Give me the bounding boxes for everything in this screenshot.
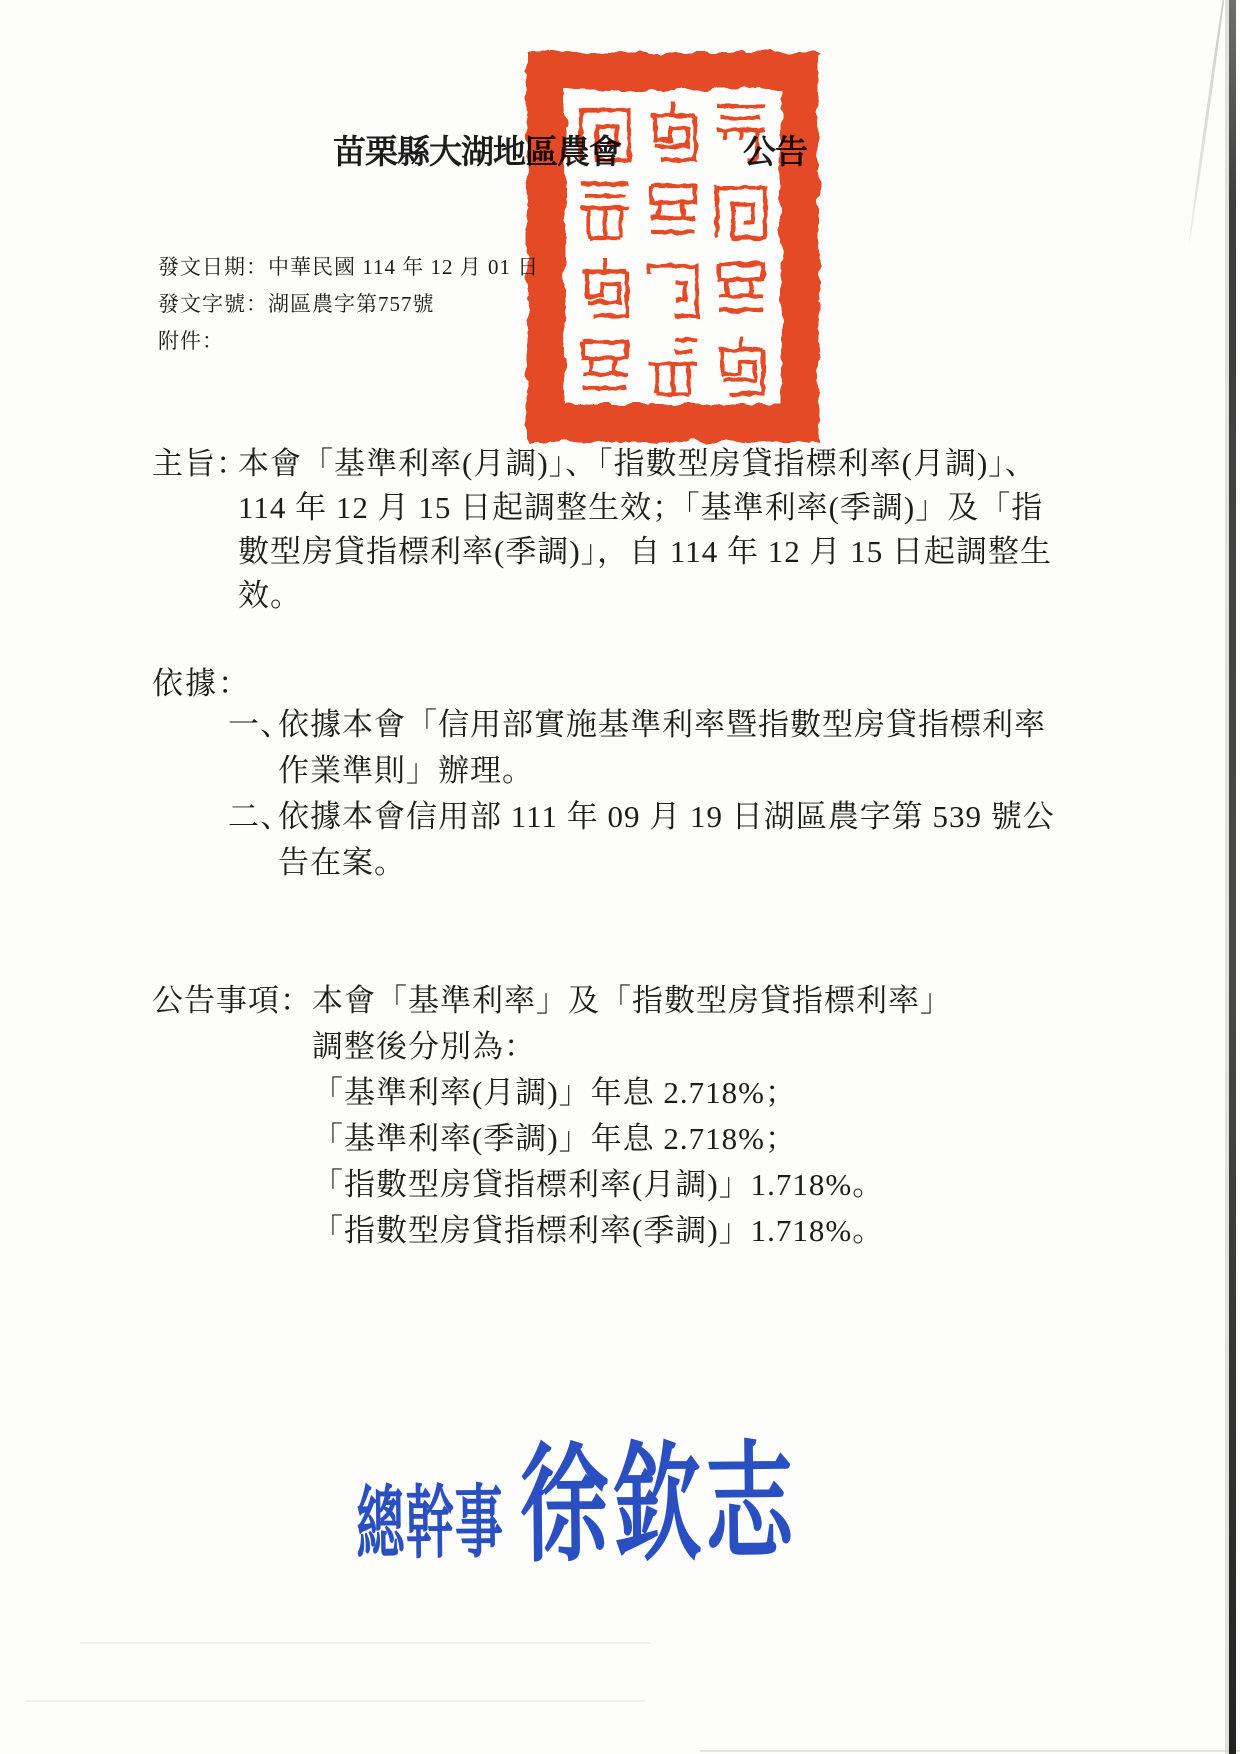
document-meta: 發文日期：中華民國 114 年 12 月 01 日 發文字號：湖區農字第757號… [158,249,539,360]
basis-item: 二、 依據本會信用部 111 年 09 月 19 日湖區農字第 539 號公 告… [228,794,1055,886]
meta-date-row: 發文日期：中華民國 114 年 12 月 01 日 [158,249,539,286]
meta-attachment-row: 附件： [158,323,539,360]
scan-corner-curve [1188,0,1227,243]
subject-section: 主旨： 本會「基準利率(月調)」、「指數型房貸指標利率(月調)」、 114 年 … [152,442,1052,618]
scan-streak [700,1750,1240,1752]
signature-name: 徐欽志 [519,1400,798,1587]
subject-label: 主旨： [152,442,248,486]
basis-item-line: 依據本會信用部 111 年 09 月 19 日湖區農字第 539 號公 [278,794,1055,840]
announcement-line: 「基準利率(月調)」年息 2.718%； [312,1070,952,1116]
scan-streak [25,1700,645,1702]
meta-docno-value: 湖區農字第757號 [268,292,435,316]
basis-item-line: 作業準則」辦理。 [278,748,1055,794]
announcement-line: 調整後分別為： [312,1024,952,1070]
subject-line: 效。 [238,574,1052,618]
signature-title: 總幹事 [356,1458,505,1575]
basis-item-number: 一、 [228,702,292,748]
announcement-line: 「指數型房貸指標利率(季調)」1.718%。 [312,1208,952,1254]
subject-line: 數型房貸指標利率(季調)」，自 114 年 12 月 15 日起調整生 [238,530,1052,574]
announcement-section: 公告事項： 本會「基準利率」及「指數型房貸指標利率」 調整後分別為： 「基準利率… [152,978,952,1254]
signature-stamp: 總幹事 徐欽志 [355,1400,798,1555]
meta-date-label: 發文日期： [158,255,268,279]
announcement-line: 「基準利率(季調)」年息 2.718%； [312,1116,952,1162]
basis-item: 一、 依據本會「信用部實施基準利率暨指數型房貸指標利率 作業準則」辦理。 [228,702,1055,794]
official-seal-stamp [519,42,827,452]
basis-list: 一、 依據本會「信用部實施基準利率暨指數型房貸指標利率 作業準則」辦理。 二、 … [228,702,1055,886]
scan-streak [80,1642,650,1644]
announcement-line: 「指數型房貸指標利率(月調)」1.718%。 [312,1162,952,1208]
meta-date-value: 中華民國 114 年 12 月 01 日 [268,255,539,279]
scanned-announcement-page: { "title": { "org": "苗栗縣大湖地區農會", "doc": … [0,0,1240,1754]
announcement-label: 公告事項： [152,978,312,1024]
basis-item-line: 依據本會「信用部實施基準利率暨指數型房貸指標利率 [278,702,1055,748]
announcement-line: 本會「基準利率」及「指數型房貸指標利率」 [312,978,952,1024]
basis-label: 依據： [152,658,251,703]
basis-item-line: 告在案。 [278,840,1055,886]
meta-docno-row: 發文字號：湖區農字第757號 [158,286,539,323]
basis-item-number: 二、 [228,794,292,840]
scan-edge-line [1229,0,1236,1754]
meta-docno-label: 發文字號： [158,292,268,316]
subject-line: 114 年 12 月 15 日起調整生效；「基準利率(季調)」及「指 [238,486,1052,530]
meta-attachment-label: 附件： [158,329,224,353]
